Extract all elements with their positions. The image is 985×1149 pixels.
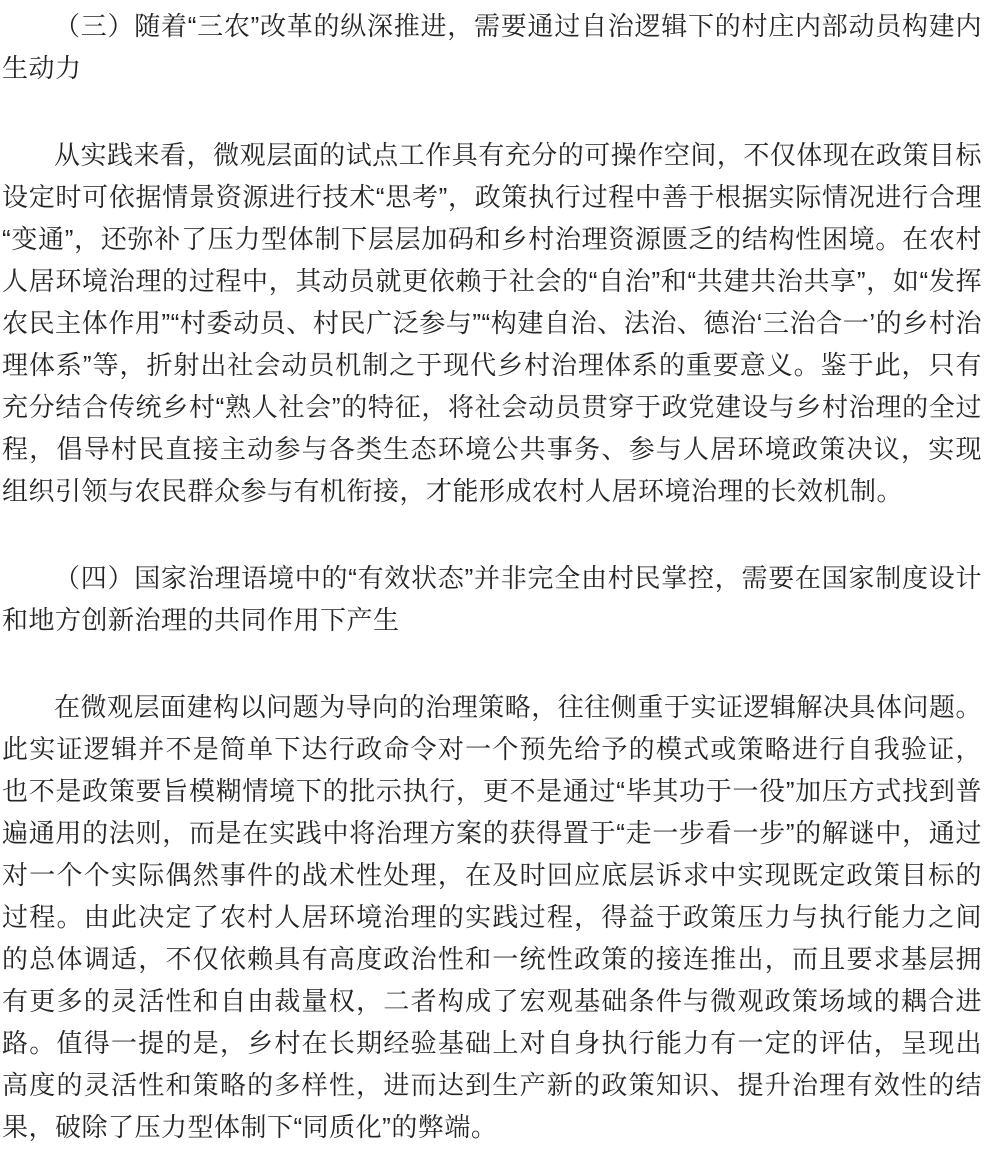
paragraph-san-body: 从实践来看，微观层面的试点工作具有充分的可操作空间，不仅体现在政策目标设定时可依…: [2, 134, 982, 512]
document-page: （三）随着“三农”改革的纵深推进，需要通过自治逻辑下的村庄内部动员构建内生动力 …: [0, 0, 985, 1149]
paragraph-si-body: 在微观层面建构以问题为导向的治理策略，往往侧重于实证逻辑解决具体问题。此实证逻辑…: [2, 686, 982, 1148]
section-heading-si: （四）国家治理语境中的“有效状态”并非完全由村民掌控，需要在国家制度设计和地方创…: [2, 557, 982, 641]
section-heading-san: （三）随着“三农”改革的纵深推进，需要通过自治逻辑下的村庄内部动员构建内生动力: [2, 5, 982, 89]
